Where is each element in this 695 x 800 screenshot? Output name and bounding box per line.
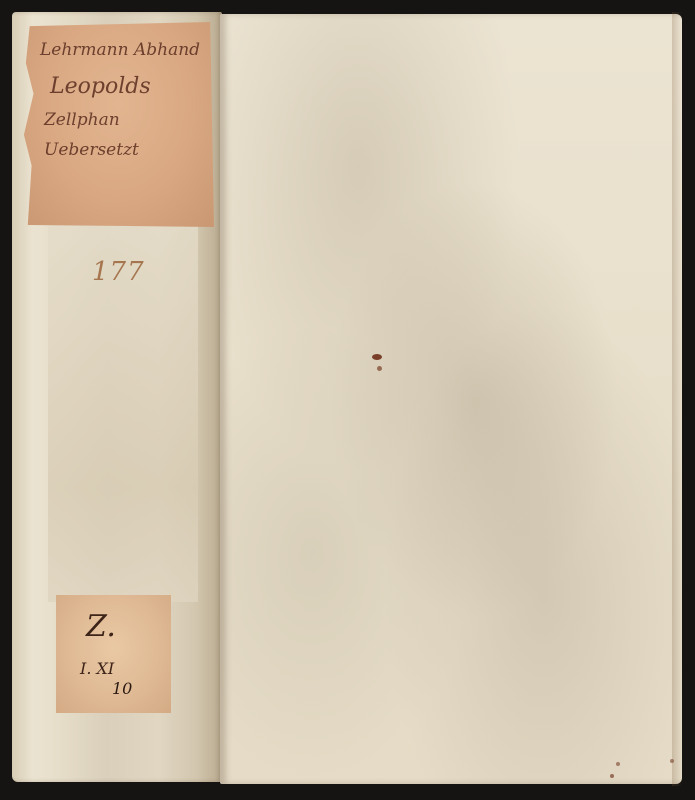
label-line: Leopolds — [50, 74, 151, 99]
stain — [372, 354, 382, 360]
label-line: Uebersetzt — [44, 140, 139, 160]
book-spine: Lehrmann Abhand Leopolds Zellphan Uebers… — [12, 12, 222, 782]
book: Lehrmann Abhand Leopolds Zellphan Uebers… — [12, 12, 682, 786]
label-line: Lehrmann Abhand — [40, 40, 200, 60]
cover-edge — [672, 12, 682, 786]
label-number: 10 — [112, 679, 132, 698]
label-row: I. XI — [80, 659, 114, 678]
label-line: Zellphan — [44, 110, 120, 130]
shelf-number: 177 — [92, 257, 145, 287]
spine-bottom-label: Z. I. XI 10 — [56, 595, 171, 713]
stain — [616, 762, 620, 766]
stain — [610, 774, 614, 778]
stain — [377, 366, 382, 371]
spine-top-label: Lehrmann Abhand Leopolds Zellphan Uebers… — [22, 22, 214, 227]
label-letter: Z. — [86, 609, 116, 644]
front-cover — [220, 14, 682, 784]
